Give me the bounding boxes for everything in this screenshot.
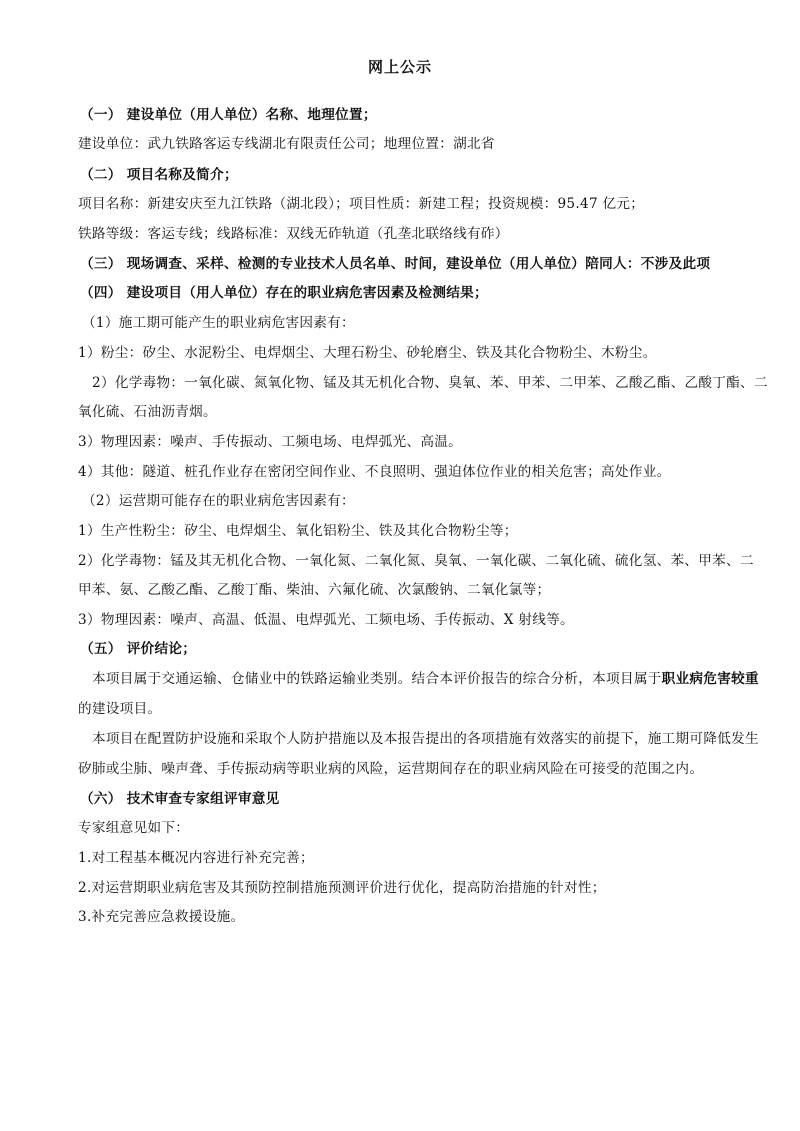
- section-5-paragraph-2: 本项目在配置防护设施和采取个人防护措施以及本报告提出的各项措施有效落实的前提下，…: [92, 730, 752, 748]
- document-page: 网上公示 （一） 建设单位（用人单位）名称、地理位置； 建设单位：武九铁路客运专…: [0, 0, 800, 1131]
- section-3-heading: （三） 现场调查、采样、检测的专业技术人员名单、时间，建设单位（用人单位）陪同人…: [80, 255, 740, 273]
- section-4-line: 2）化学毒物：一氧化碳、氮氧化物、锰及其无机化合物、臭氧、苯、甲苯、二甲苯、乙酸…: [92, 374, 752, 392]
- section-1-heading: （一） 建设单位（用人单位）名称、地理位置；: [80, 106, 740, 124]
- section-5-paragraph-1-cont: 的建设项目。: [78, 700, 738, 718]
- section-6-line: 2.对运营期职业病危害及其预防控制措施预测评价进行优化，提高防治措施的针对性；: [78, 879, 738, 897]
- section-4-line: 1）生产性粉尘：矽尘、电焊烟尘、氧化铝粉尘、铁及其化合物粉尘等；: [78, 522, 738, 540]
- section-4-line: 1）粉尘：矽尘、水泥粉尘、电焊烟尘、大理石粉尘、砂轮磨尘、铁及其化合物粉尘、木粉…: [78, 344, 738, 362]
- page-title: 网上公示: [0, 56, 800, 77]
- section-5-heading: （五） 评价结论；: [80, 640, 740, 658]
- section-5-paragraph-2-cont: 矽肺或尘肺、噪声聋、手传振动病等职业病的风险，运营期间存在的职业病风险在可接受的…: [78, 760, 738, 778]
- section-4-line: 3）物理因素：噪声、高温、低温、电焊弧光、工频电场、手传振动、X 射线等。: [78, 611, 738, 629]
- section-4-line: 氧化硫、石油沥青烟。: [78, 403, 738, 421]
- section-2-line: 项目名称：新建安庆至九江铁路（湖北段）；项目性质：新建工程；投资规模：95.47…: [78, 195, 738, 213]
- section-1-line: 建设单位：武九铁路客运专线湖北有限责任公司；地理位置：湖北省: [78, 135, 738, 153]
- section-4-line: （1）施工期可能产生的职业病危害因素有：: [82, 314, 742, 332]
- section-4-line: 3）物理因素：噪声、手传振动、工频电场、电焊弧光、高温。: [78, 433, 738, 451]
- section-6-line: 专家组意见如下：: [78, 819, 738, 837]
- section-4-line: 甲苯、氨、乙酸乙酯、乙酸丁酯、柴油、六氟化硫、次氯酸钠、二氧化氯等；: [78, 581, 738, 599]
- section-4-line: 2）化学毒物：锰及其无机化合物、一氧化氮、二氧化氮、臭氧、一氧化碳、二氧化硫、硫…: [78, 552, 738, 570]
- emphasis-text: 职业病危害较重: [662, 671, 759, 687]
- section-4-heading: （四） 建设项目（用人单位）存在的职业病危害因素及检测结果；: [80, 284, 740, 302]
- section-6-line: 1.对工程基本概况内容进行补充完善；: [78, 849, 738, 867]
- section-4-line: 4）其他：隧道、桩孔作业存在密闭空间作业、不良照明、强迫体位作业的相关危害；高处…: [78, 463, 738, 481]
- section-5-paragraph-1: 本项目属于交通运输、仓储业中的铁路运输业类别。结合本评价报告的综合分析，本项目属…: [92, 670, 752, 688]
- section-6-heading: （六） 技术审查专家组评审意见: [80, 790, 740, 808]
- section-4-line: （2）运营期可能存在的职业病危害因素有：: [82, 492, 742, 510]
- section-6-line: 3.补充完善应急救援设施。: [78, 908, 738, 926]
- paragraph-text: 本项目属于交通运输、仓储业中的铁路运输业类别。结合本评价报告的综合分析，本项目属…: [92, 671, 662, 687]
- section-2-line: 铁路等级：客运专线；线路标准：双线无砟轨道（孔垄北联络线有砟）: [78, 225, 738, 243]
- section-2-heading: （二） 项目名称及简介；: [80, 166, 740, 184]
